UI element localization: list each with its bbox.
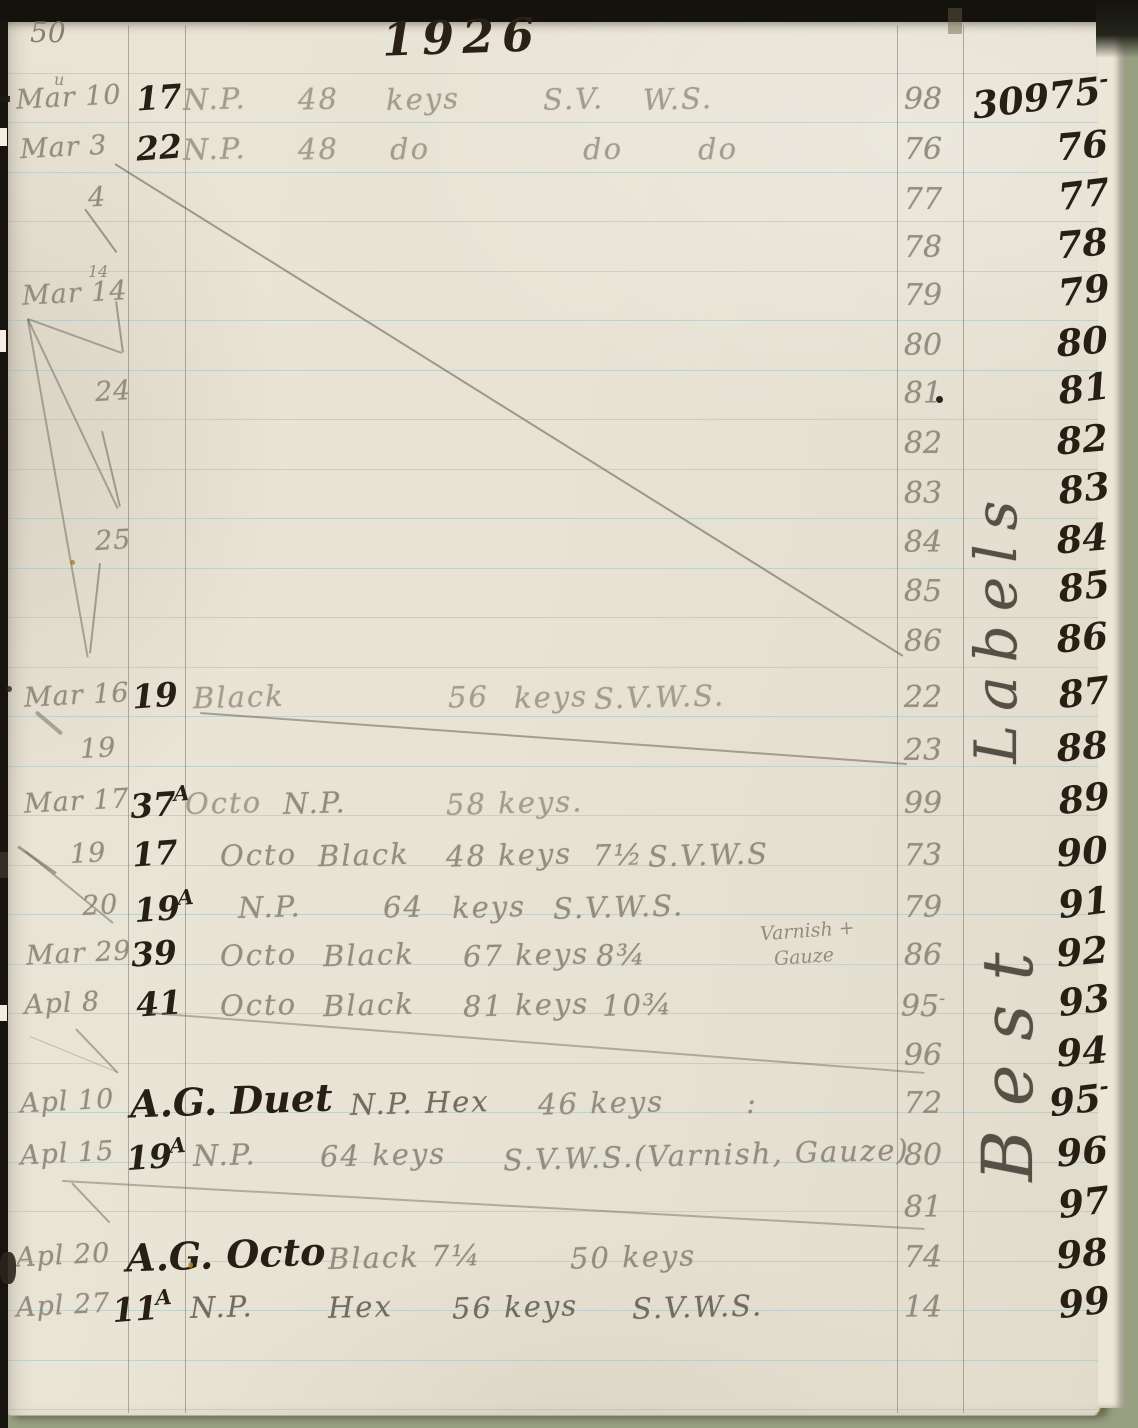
ink-blot bbox=[0, 1252, 16, 1284]
entry-date: Mar 16 bbox=[23, 677, 130, 713]
entry-date: Apl 20 bbox=[15, 1238, 111, 1274]
ruled-line bbox=[8, 1360, 1098, 1361]
entry-text: N.P. bbox=[193, 1137, 257, 1173]
pencil-number: 80 bbox=[888, 1138, 958, 1173]
pencil-number: 99 bbox=[888, 786, 958, 821]
entry-text: N.P. bbox=[238, 889, 302, 925]
pencil-number: 84 bbox=[888, 525, 958, 560]
serial-superscript: A bbox=[154, 1284, 172, 1310]
entry-text: S.V.W.S. bbox=[594, 678, 726, 715]
ruled-line bbox=[8, 221, 1098, 222]
column-rule bbox=[128, 25, 129, 1413]
pencil-number: 73 bbox=[888, 838, 958, 873]
entry-text: Black bbox=[318, 837, 411, 873]
scan-corner-shadow bbox=[1096, 0, 1138, 58]
entry-text: 81 keys bbox=[463, 986, 590, 1023]
pencil-number: 76 bbox=[888, 132, 958, 167]
pencil-number: 79 bbox=[888, 278, 958, 313]
ink-dot bbox=[936, 396, 943, 403]
page-number: 50 bbox=[30, 16, 66, 49]
entry-text: Black bbox=[193, 679, 286, 715]
entry-text: 48 keys bbox=[446, 836, 573, 873]
paper-bit bbox=[0, 330, 6, 352]
entry-text: 64 keys bbox=[320, 1136, 447, 1173]
margin-annotation-best: Best bbox=[967, 870, 1045, 1240]
pencil-number: 78 bbox=[888, 230, 958, 265]
entry-serial-number: 11A bbox=[111, 1284, 174, 1330]
scan-top-border bbox=[0, 0, 1138, 22]
column-rule bbox=[185, 25, 186, 1413]
entry-serial-number: 37A bbox=[129, 780, 192, 826]
entry-text: keys bbox=[452, 889, 527, 925]
ruled-line bbox=[8, 172, 1098, 173]
entry-text: 64 bbox=[383, 889, 425, 924]
entry-serial-number: 19A bbox=[125, 1132, 188, 1178]
entry-text: 67 keys bbox=[463, 936, 590, 973]
ruled-line bbox=[8, 568, 1098, 569]
entry-text: 10¾ bbox=[602, 987, 674, 1023]
pencil-number: 95- bbox=[888, 988, 958, 1024]
ruled-line bbox=[8, 73, 1098, 74]
entry-text: keys bbox=[514, 679, 589, 715]
entry-date: Mar 3 bbox=[19, 130, 108, 166]
serial-superscript: A bbox=[176, 884, 194, 910]
pencil-number-dash: - bbox=[939, 988, 945, 1009]
entry-text: Octo bbox=[185, 785, 263, 821]
pencil-number: 77 bbox=[888, 182, 958, 217]
entry-text: S.V.W.S. bbox=[553, 888, 685, 925]
entry-date: Mar 10 bbox=[15, 79, 122, 115]
entry-text: 58 keys. bbox=[446, 784, 584, 822]
entry-text: N.P. Hex bbox=[350, 1084, 490, 1122]
entry-text: Black bbox=[323, 937, 416, 973]
pencil-number: 81 bbox=[888, 1190, 958, 1225]
entry-ink-text: A.G. Duet bbox=[129, 1074, 333, 1126]
pencil-dot bbox=[6, 686, 12, 692]
entry-date: Mar 14 bbox=[21, 275, 128, 311]
year-heading: 1926 bbox=[381, 7, 543, 67]
entry-text: Octo bbox=[220, 837, 298, 873]
entry-text: S.V. bbox=[543, 81, 605, 117]
entry-text: 7½ bbox=[593, 837, 644, 872]
entry-ink-text: A.G. Octo bbox=[125, 1229, 326, 1281]
entry-date: 24 bbox=[94, 375, 132, 408]
entry-text: do bbox=[390, 131, 431, 166]
entry-serial-number: 19A bbox=[133, 884, 196, 930]
ruled-line bbox=[8, 370, 1098, 371]
pencil-number: 85 bbox=[888, 574, 958, 609]
pencil-number: 22 bbox=[888, 680, 958, 715]
entry-date: 20 bbox=[81, 889, 119, 922]
top-smudge bbox=[948, 8, 962, 34]
ruled-line bbox=[8, 716, 1098, 717]
entry-text: N.P. bbox=[183, 131, 247, 167]
entry-date: 19 bbox=[79, 732, 117, 765]
entry-text: do bbox=[583, 131, 624, 166]
entry-text: 8¾ bbox=[596, 937, 647, 972]
ruled-line bbox=[8, 122, 1098, 123]
paper-bit bbox=[0, 1005, 7, 1021]
paper-bit bbox=[0, 128, 7, 146]
ruled-line bbox=[8, 419, 1098, 420]
entry-date: Apl 10 bbox=[19, 1084, 115, 1120]
entry-note-line: Gauze bbox=[773, 944, 834, 970]
entry-text: 50 keys bbox=[570, 1238, 697, 1275]
entry-date-superscript: 14 bbox=[88, 262, 108, 281]
ruled-line bbox=[8, 1409, 1098, 1410]
ruled-line bbox=[8, 518, 1098, 519]
entry-text: : bbox=[746, 1086, 759, 1120]
entry-text: 46 keys bbox=[538, 1084, 665, 1121]
entry-date: 25 bbox=[94, 524, 132, 557]
entry-serial-number: 22 bbox=[135, 126, 184, 168]
entry-date: Apl 8 bbox=[23, 986, 101, 1021]
entry-text: Octo bbox=[220, 937, 298, 973]
binding-edge bbox=[0, 22, 8, 1428]
entry-date: 4 bbox=[87, 182, 107, 214]
foxing-speck bbox=[188, 1262, 193, 1268]
entry-date: Mar 29 bbox=[25, 935, 132, 971]
edge-ink-mark bbox=[0, 852, 8, 878]
ruled-line bbox=[8, 320, 1098, 321]
entry-text: 48 bbox=[298, 81, 340, 116]
pencil-number: 74 bbox=[888, 1240, 958, 1275]
entry-date: Apl 27 bbox=[15, 1288, 111, 1324]
pencil-number: 96 bbox=[888, 1038, 958, 1073]
edge-speck bbox=[0, 96, 10, 102]
entry-date-superscript: u bbox=[54, 70, 64, 89]
entry-text: keys bbox=[386, 81, 461, 117]
entry-date: 19 bbox=[69, 837, 107, 870]
pencil-number: 80 bbox=[888, 328, 958, 363]
entry-text: S.V.W.S. bbox=[632, 1288, 764, 1325]
ruled-line bbox=[8, 271, 1098, 272]
ruled-line bbox=[8, 469, 1098, 470]
pencil-number: 79 bbox=[888, 890, 958, 925]
ruled-line bbox=[8, 667, 1098, 668]
ruled-line bbox=[8, 617, 1098, 618]
entry-serial-number: 17 bbox=[135, 76, 184, 118]
pencil-number: 86 bbox=[888, 938, 958, 973]
entry-text: Hex bbox=[328, 1289, 394, 1325]
pencil-number: 72 bbox=[888, 1086, 958, 1121]
entry-text: N.P. bbox=[190, 1289, 254, 1325]
entry-text: S.V.W.S bbox=[648, 836, 770, 873]
pencil-number: 83 bbox=[888, 476, 958, 511]
entry-text: 56 keys bbox=[452, 1288, 579, 1325]
margin-annotation-labels: Labels bbox=[962, 430, 1042, 820]
entry-text: do bbox=[698, 131, 739, 166]
entry-serial-number: 17 bbox=[131, 832, 180, 874]
entry-serial-number: 19 bbox=[131, 674, 180, 716]
scanned-ledger-page: 50 1926 Mar 10u17N.P.48keysS.V.W.S.98309… bbox=[0, 0, 1138, 1428]
pencil-number: 82 bbox=[888, 426, 958, 461]
entry-date: Mar 17 bbox=[23, 783, 130, 819]
pencil-number: 81 bbox=[888, 376, 958, 411]
entry-text: N.P. bbox=[183, 81, 247, 117]
entry-text: Black bbox=[323, 987, 416, 1023]
entry-text: 48 bbox=[298, 131, 340, 166]
entry-text: 56 bbox=[448, 679, 490, 714]
entry-text: N.P. bbox=[283, 785, 347, 821]
serial-superscript: A bbox=[168, 1132, 186, 1158]
entry-serial-number: 41 bbox=[135, 982, 184, 1024]
foxing-speck bbox=[70, 560, 75, 565]
entry-serial-number: 39 bbox=[130, 932, 179, 974]
pencil-number: 14 bbox=[888, 1290, 958, 1325]
entry-text: W.S. bbox=[643, 81, 714, 117]
entry-text: Black 7¼ bbox=[328, 1238, 482, 1276]
entry-date: Apl 15 bbox=[19, 1136, 115, 1172]
